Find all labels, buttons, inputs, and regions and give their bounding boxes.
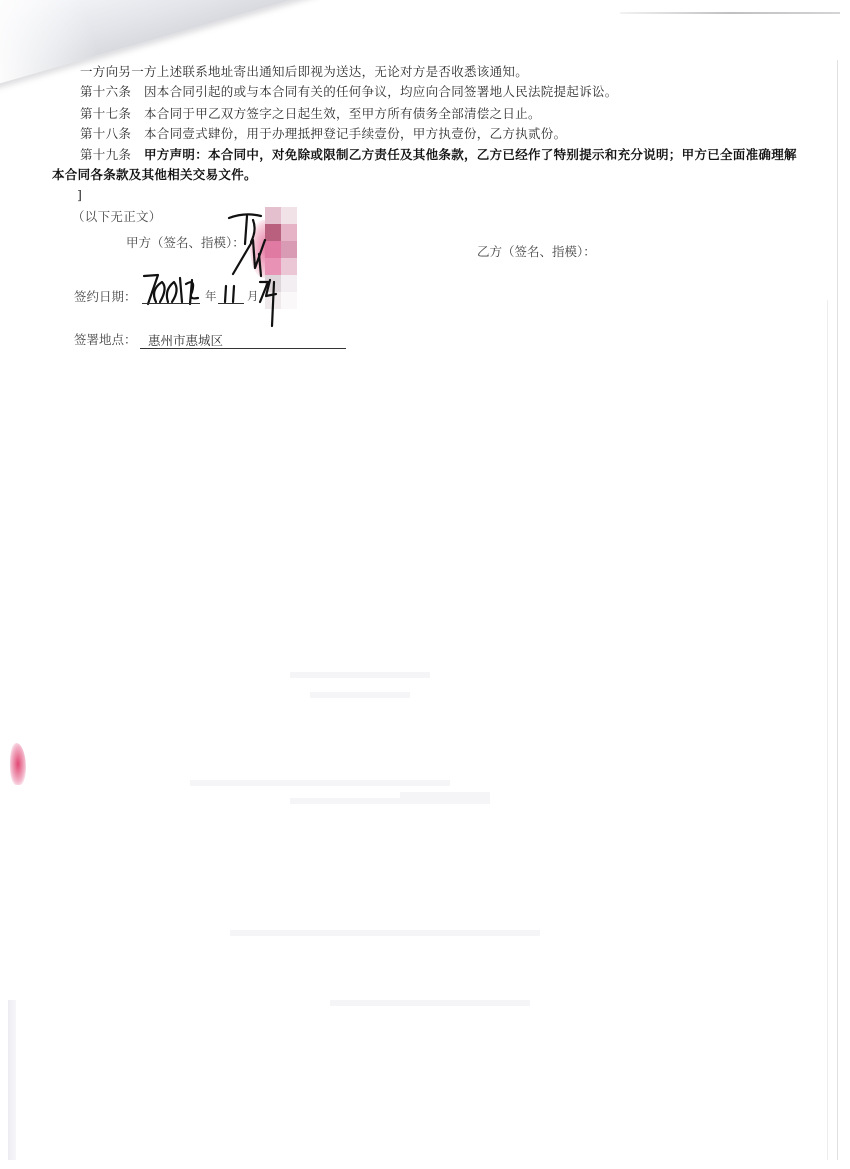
page-edge-top — [620, 12, 840, 14]
bleed-through-mark — [190, 780, 450, 786]
continuation-text: 一方向另一方上述联系地址寄出通知后即视为送达，无论对方是否收悉该通知。 — [80, 64, 528, 79]
bleed-through-mark — [290, 798, 490, 804]
bracket-mark: ] — [77, 187, 82, 203]
article-19-continuation: 本合同各条款及其他相关交易文件。 — [52, 167, 257, 183]
page-edge-right — [837, 60, 838, 1160]
page-edge-left — [8, 1000, 16, 1160]
place-value: 惠州市惠城区 — [148, 331, 223, 349]
year-underline — [142, 303, 200, 304]
article-19-text-cont: 本合同各条款及其他相关交易文件。 — [52, 167, 257, 182]
month-underline — [218, 303, 244, 304]
bleed-through-mark — [330, 1000, 530, 1006]
date-month-handwritten — [220, 282, 242, 304]
document-page: 一方向另一方上述联系地址寄出通知后即视为送达，无论对方是否收悉该通知。 第十六条… — [0, 0, 850, 1169]
year-unit: 年 — [205, 288, 217, 304]
place-label: 签署地点： — [74, 330, 137, 348]
article-16-label: 第十六条 — [80, 84, 144, 100]
seal-stamp-fragment — [10, 743, 26, 785]
page-edge-right-inner — [827, 300, 828, 1160]
place-underline — [140, 348, 346, 349]
end-note: （以下无正文） — [72, 209, 162, 225]
article-18-text: 本合同壹式肆份，用于办理抵押登记手续壹份，甲方执壹份，乙方执贰份。 — [144, 126, 566, 141]
continuation-line: 一方向另一方上述联系地址寄出通知后即视为送达，无论对方是否收悉该通知。 — [80, 64, 528, 80]
end-note-text: （以下无正文） — [72, 209, 162, 224]
bracket-text: ] — [77, 187, 82, 202]
article-17-text: 本合同于甲乙双方签字之日起生效，至甲方所有债务全部清偿之日止。 — [144, 106, 541, 121]
bleed-through-mark — [230, 930, 540, 936]
party-b-label: 乙方（签名、指模）： — [477, 242, 596, 260]
article-19-text: 甲方声明：本合同中，对免除或限制乙方责任及其他条款，乙方已经作了特别提示和充分说… — [144, 147, 797, 162]
bleed-through-mark — [400, 792, 490, 798]
date-day-handwritten — [258, 278, 280, 330]
date-label: 签约日期： — [74, 287, 137, 305]
article-18-label: 第十八条 — [80, 126, 144, 142]
article-17-label: 第十七条 — [80, 106, 144, 122]
article-17: 第十七条本合同于甲乙双方签字之日起生效，至甲方所有债务全部清偿之日止。 — [80, 106, 541, 122]
month-unit: 月 — [247, 288, 259, 304]
article-19: 第十九条甲方声明：本合同中，对免除或限制乙方责任及其他条款，乙方已经作了特别提示… — [80, 147, 797, 163]
article-16-text: 因本合同引起的或与本合同有关的任何争议，均应向合同签署地人民法院提起诉讼。 — [144, 84, 618, 99]
bleed-through-mark — [310, 692, 410, 698]
bleed-through-mark — [290, 672, 430, 678]
article-16: 第十六条因本合同引起的或与本合同有关的任何争议，均应向合同签署地人民法院提起诉讼… — [80, 84, 618, 100]
party-a-signature — [225, 210, 275, 285]
article-19-label: 第十九条 — [80, 147, 144, 163]
article-18: 第十八条本合同壹式肆份，用于办理抵押登记手续壹份，甲方执壹份，乙方执贰份。 — [80, 126, 566, 142]
